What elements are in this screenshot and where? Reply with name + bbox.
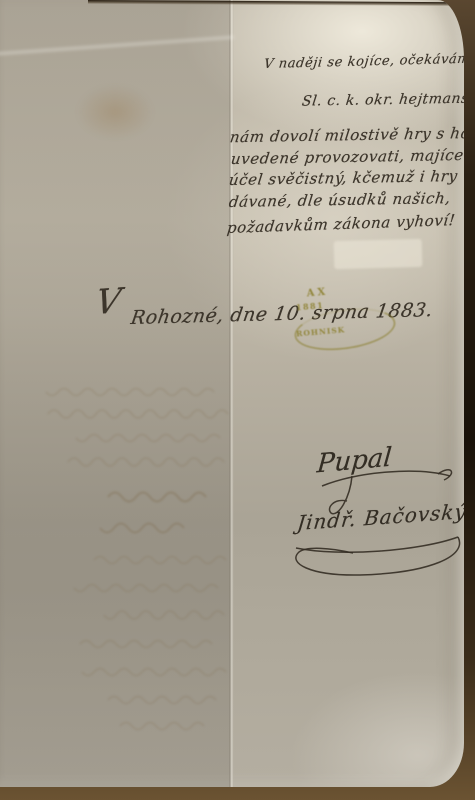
handwriting-line-5: účel svěčistný, kčemuž i hry [228, 167, 459, 189]
handwriting-line-6: dávané, dle úsudků našich, [228, 189, 452, 211]
diagonal-crease [0, 36, 234, 56]
handwriting-line-3: nám dovolí milostivě hry s hora [229, 124, 464, 147]
signature-flourishes [0, 0, 464, 787]
handwriting-line-1: V naději se kojíce, očekáváme, ž [263, 51, 464, 72]
bleedthrough-text-traces [0, 0, 464, 787]
page-top-edge-shadow [88, 0, 464, 6]
stamp-line-1: AX [306, 287, 328, 300]
official-stamp: AX 1881 ROHNISK [292, 281, 401, 356]
handwriting-line-2: Sl. c. k. okr. hejtmanstv [301, 90, 464, 109]
scan-photo: V naději se kojíce, očekáváme, ž Sl. c. … [0, 0, 475, 800]
paper-stain [76, 84, 154, 140]
handwriting-line-4: uvedené provozovati, majíce [230, 146, 464, 168]
vertical-fold-crease [229, 0, 234, 787]
signature-2: Jindř. Bačovský [296, 499, 464, 535]
light-paper-patch [334, 239, 423, 269]
signature-1: Pupal [316, 443, 393, 480]
dateline-initial: V [93, 281, 123, 323]
stamp-line-2: 1881 [295, 300, 324, 312]
paper-page: V naději se kojíce, očekáváme, ž Sl. c. … [0, 0, 464, 787]
left-fold-shading [0, 0, 231, 787]
handwriting-line-7: požadavkům zákona vyhoví! [226, 211, 456, 237]
